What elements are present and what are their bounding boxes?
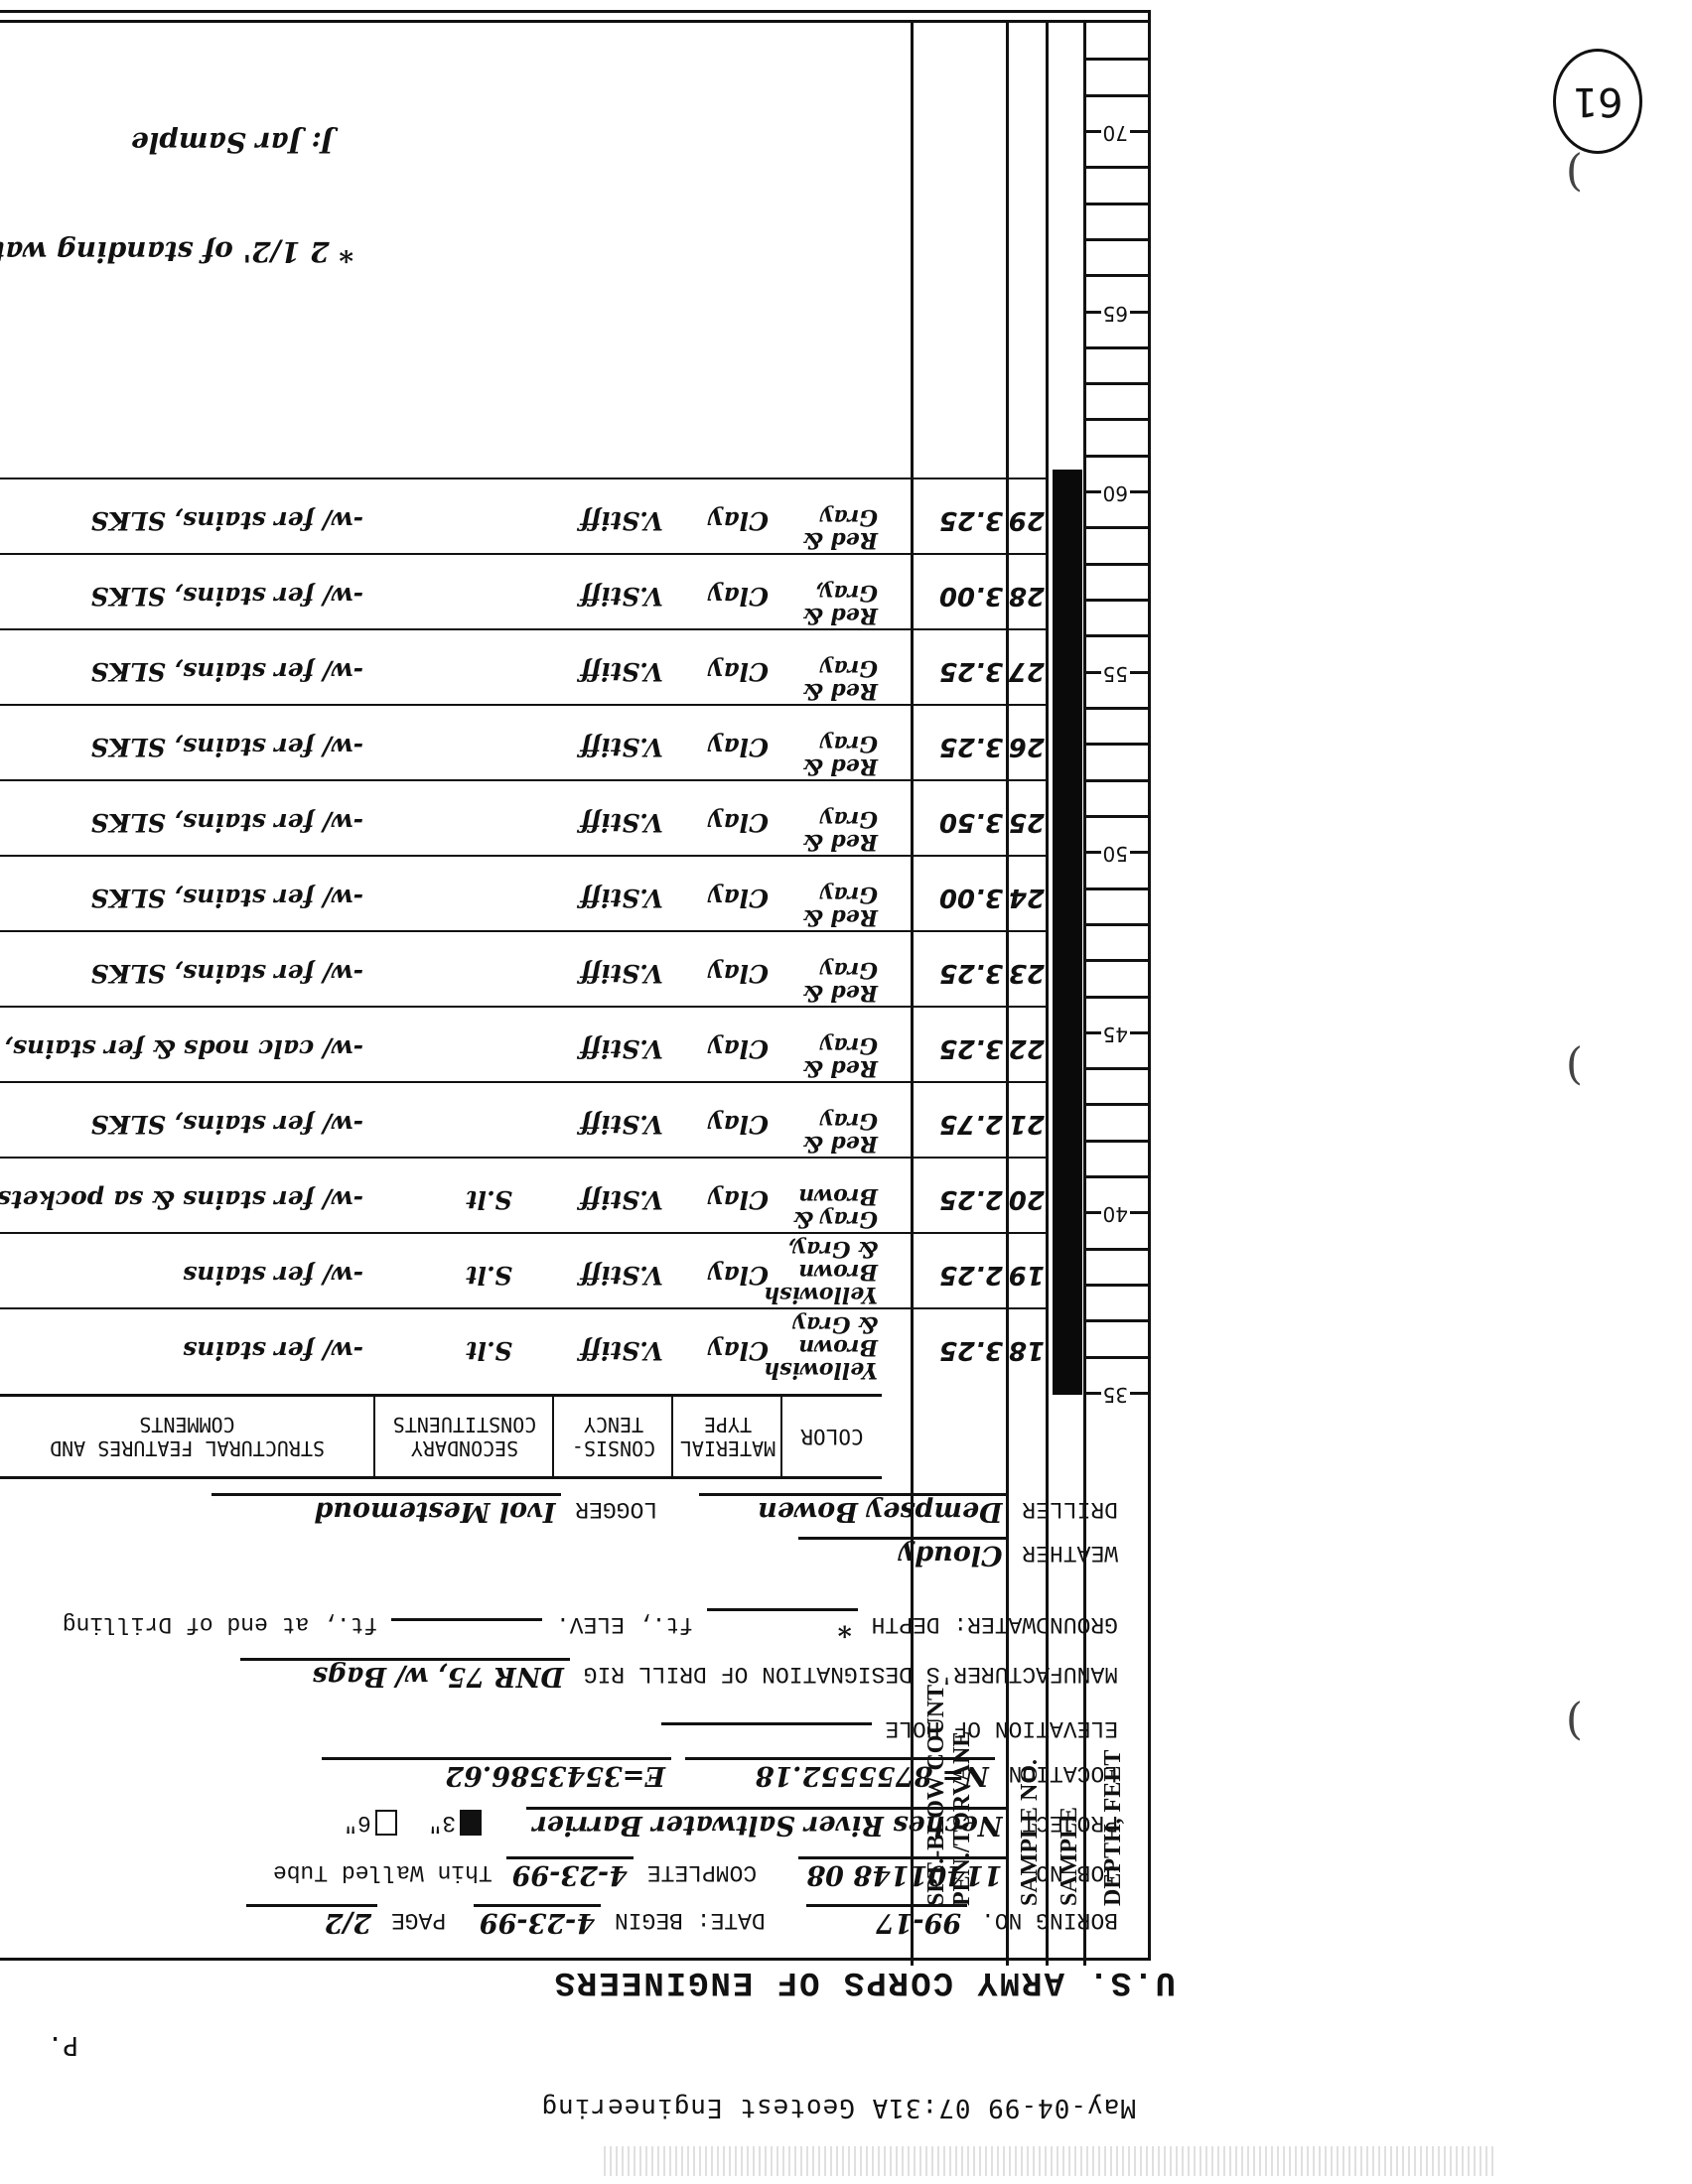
location-east: E=3543586.62 — [322, 1757, 671, 1791]
circled-page-number: 61 — [1553, 49, 1642, 154]
header-depth-feet: DEPTH, FEET — [1100, 1750, 1127, 1906]
color: Red & Gray, — [782, 581, 878, 626]
col-material-type: MATERIAL TYPE — [671, 1397, 782, 1476]
structural-comment: -w/ fer stains — [183, 1336, 363, 1365]
sample-row: 183.25Yellowish Brown & GrayClayV.StiffS… — [0, 1307, 1049, 1385]
groundwater-elev-value — [391, 1618, 542, 1621]
consistency: V.Stiff — [580, 506, 663, 535]
consistency: V.Stiff — [580, 582, 663, 611]
material-type: Clay — [709, 506, 769, 535]
sample-row: 223.25Red & GrayClayV.Stiff-w/ calc nods… — [0, 1006, 1049, 1083]
color: Red & Gray — [782, 505, 878, 551]
note-jar-sample: J: Jar Sample — [131, 126, 334, 159]
sample-row: 293.25Red & GrayClayV.Stiff-w/ fer stain… — [0, 478, 1049, 555]
structural-comment: -w/ fer stains, SLKS — [90, 808, 363, 837]
sample-row: 202.25Gray & BrownClayV.StiffS.lt-w/ fer… — [0, 1157, 1049, 1234]
structural-comment: -w/ fer stains, SLKS — [90, 506, 363, 535]
consistency: V.Stiff — [580, 1336, 663, 1365]
pen-torvane: 3.25 — [939, 1033, 1003, 1063]
sample-row: 263.25Red & GrayClayV.Stiff-w/ fer stain… — [0, 704, 1049, 781]
groundwater-depth: * — [707, 1608, 858, 1642]
structural-comment: -w/ fer stains, SLKS — [90, 884, 363, 912]
material-type: Clay — [709, 808, 769, 837]
margin-mark: ) — [1566, 1041, 1583, 1092]
color: Red & Gray — [782, 656, 878, 702]
pen-torvane: 3.50 — [939, 807, 1003, 837]
note-standing-water: * 2 1/2' of standing water — [0, 235, 353, 268]
depth-tick — [1086, 1248, 1148, 1251]
depth-label: 70 — [1101, 121, 1130, 145]
consistency: V.Stiff — [580, 808, 663, 837]
depth-label: 65 — [1101, 302, 1130, 326]
structural-comment: -w/ calc nods & fer stains, SLKS — [0, 1034, 363, 1063]
header-sample-no: SAMPLE NO. — [1017, 1759, 1044, 1906]
sample-row: 243.00Red & GrayClayV.Stiff-w/ fer stain… — [0, 855, 1049, 932]
date-complete-value: 4-23-99 — [506, 1856, 634, 1890]
material-type: Clay — [709, 1185, 769, 1214]
sample-row: 192.25Yellowish Brown & Gray,ClayV.Stiff… — [0, 1232, 1049, 1309]
depth-tick — [1086, 887, 1148, 890]
structural-comment: -w/ fer stains, SLKS — [90, 582, 363, 611]
depth-tick — [1086, 743, 1148, 746]
page-value: 2/2 — [246, 1904, 377, 1938]
date-begin-value: 4-23-99 — [474, 1904, 601, 1938]
depth-tick — [1086, 203, 1148, 205]
org-title: U.S. ARMY CORPS OF ENGINEERS — [553, 1963, 1176, 2000]
consistency: V.Stiff — [580, 1110, 663, 1139]
sample-no: 23 — [1009, 958, 1045, 988]
material-type: Clay — [709, 582, 769, 611]
depth-tick — [1086, 238, 1148, 241]
material-type: Clay — [709, 1336, 769, 1365]
fax-header: May-04-99 07:31A Geotest Engineering — [540, 2093, 1136, 2122]
header-pen-torvane: PEN./TORVANE — [949, 1731, 976, 1906]
depth-label: 40 — [1101, 1202, 1130, 1226]
header-spt-blow-count: SPT.-BLOW COUNT — [923, 1685, 950, 1906]
sample-no: 26 — [1009, 732, 1045, 761]
depth-tick — [1086, 599, 1148, 602]
elevation-value — [661, 1722, 872, 1725]
sample-no: 29 — [1009, 505, 1045, 535]
secondary-constituents: S.lt — [466, 1336, 512, 1365]
sample-row: 212.75Red & GrayClayV.Stiff-w/ fer stain… — [0, 1081, 1049, 1159]
col-consistency: CONSIS-TENCY — [552, 1397, 673, 1476]
pen-torvane: 3.25 — [939, 732, 1003, 761]
pen-torvane: 2.25 — [939, 1260, 1003, 1290]
color: Red & Gray — [782, 732, 878, 777]
consistency: V.Stiff — [580, 884, 663, 912]
sample-no: 28 — [1009, 581, 1045, 611]
depth-tick — [1086, 996, 1148, 999]
structural-comment: -w/ fer stains, SLKS — [90, 1110, 363, 1139]
pen-torvane: 3.25 — [939, 505, 1003, 535]
depth-tick — [1086, 382, 1148, 385]
color: Red & Gray — [782, 807, 878, 853]
structural-comment: -w/ fer stains, SLKS — [90, 959, 363, 988]
depth-tick — [1086, 418, 1148, 421]
col-secondary: SECONDARY CONSTITUENTS — [373, 1397, 554, 1476]
structural-comment: -w/ fer stains — [183, 1261, 363, 1290]
depth-label: 55 — [1101, 662, 1130, 686]
sample-interval-bar — [1053, 470, 1082, 1395]
color: Red & Gray — [782, 1109, 878, 1155]
groundwater-elev-label: ft., ELEV. — [556, 1611, 693, 1637]
structural-comment: -w/ fer stains, SLKS — [90, 657, 363, 686]
sample-no: 19 — [1009, 1260, 1045, 1290]
pen-torvane: 3.25 — [939, 656, 1003, 686]
material-type: Clay — [709, 884, 769, 912]
consistency: V.Stiff — [580, 733, 663, 761]
depth-tick — [1086, 94, 1148, 97]
depth-tick — [1086, 274, 1148, 277]
sample-no: 27 — [1009, 656, 1045, 686]
margin-mark: ) — [1566, 148, 1583, 199]
logger-value: Ivol Mestemoud — [212, 1493, 562, 1527]
depth-tick — [1086, 563, 1148, 566]
sample-row: 273.25Red & GrayClayV.Stiff-w/ fer stain… — [0, 628, 1049, 706]
sample-row: 233.25Red & GrayClayV.Stiff-w/ fer stain… — [0, 930, 1049, 1008]
column-header-row: COLOR MATERIAL TYPE CONSIS-TENCY SECONDA… — [0, 1394, 882, 1479]
consistency: V.Stiff — [580, 1185, 663, 1214]
depth-tick — [1086, 166, 1148, 169]
boring-log-page: May-04-99 07:31A Geotest Engineering P. … — [0, 0, 1692, 2184]
depth-label: 50 — [1101, 842, 1130, 866]
color: Red & Gray — [782, 1033, 878, 1079]
material-type: Clay — [709, 733, 769, 761]
header-sample: SAMPLE — [1057, 1807, 1083, 1906]
tube-6in-label: 6" — [344, 1810, 371, 1836]
pen-torvane: 2.25 — [939, 1184, 1003, 1214]
structural-comment: -w/ fer stains, SLKS — [90, 733, 363, 761]
color: Gray & Brown — [782, 1184, 878, 1230]
color: Red & Gray — [782, 883, 878, 928]
logger-label: LOGGER — [575, 1496, 657, 1522]
margin-mark: ) — [1566, 1697, 1583, 1747]
depth-tick — [1086, 346, 1148, 349]
scan-noise — [600, 2146, 1493, 2176]
depth-scale: 3540455055606570 — [1083, 25, 1148, 1395]
col-color: COLOR — [780, 1397, 882, 1476]
depth-tick — [1086, 1175, 1148, 1178]
consistency: V.Stiff — [580, 657, 663, 686]
color: Yellowish Brown & Gray — [782, 1312, 878, 1381]
sampler-type: Thin Walled Tube — [273, 1859, 493, 1885]
pen-torvane: 2.75 — [939, 1109, 1003, 1139]
consistency: V.Stiff — [580, 1261, 663, 1290]
sample-no: 20 — [1009, 1184, 1045, 1214]
depth-label: 35 — [1101, 1383, 1130, 1407]
groundwater-end-label: ft., at end of Drilling — [63, 1611, 377, 1637]
depth-tick — [1086, 1284, 1148, 1287]
pen-torvane: 3.25 — [939, 1335, 1003, 1365]
depth-tick — [1086, 815, 1148, 818]
depth-tick — [1086, 1140, 1148, 1143]
sample-no: 25 — [1009, 807, 1045, 837]
depth-tick — [1086, 526, 1148, 529]
date-begin-label: DATE: BEGIN — [615, 1907, 766, 1933]
depth-label: 60 — [1101, 481, 1130, 505]
page-label: PAGE — [391, 1907, 446, 1933]
pen-torvane: 3.25 — [939, 958, 1003, 988]
depth-tick — [1086, 1067, 1148, 1070]
consistency: V.Stiff — [580, 959, 663, 988]
material-type: Clay — [709, 959, 769, 988]
complete-label: COMPLETE — [647, 1859, 757, 1885]
secondary-constituents: S.lt — [466, 1185, 512, 1214]
structural-comment: -w/ fer stains & sa pockets — [0, 1185, 363, 1214]
depth-tick — [1086, 634, 1148, 637]
material-type: Clay — [709, 1034, 769, 1063]
pen-torvane: 3.00 — [939, 581, 1003, 611]
color: Red & Gray — [782, 958, 878, 1004]
depth-tick — [1086, 779, 1148, 782]
depth-tick — [1086, 1356, 1148, 1359]
depth-tick — [1086, 923, 1148, 926]
depth-tick — [1086, 58, 1148, 61]
material-type: Clay — [709, 657, 769, 686]
sample-row: 253.50Red & GrayClayV.Stiff-w/ fer stain… — [0, 779, 1049, 857]
sample-no: 24 — [1009, 883, 1045, 912]
depth-tick — [1086, 707, 1148, 710]
depth-label: 45 — [1101, 1023, 1130, 1046]
drill-rig-value: DNR 75, w/ Bags — [240, 1658, 570, 1692]
color: Yellowish Brown & Gray, — [782, 1237, 878, 1305]
log-table: WEATHER Cloudy DRILLER Dempsey Bowen LOG… — [0, 20, 1151, 1569]
material-type: Clay — [709, 1261, 769, 1290]
material-type: Clay — [709, 1110, 769, 1139]
pen-torvane: 3.00 — [939, 883, 1003, 912]
col-structural: STRUCTURAL FEATURES AND COMMENTS — [0, 1397, 375, 1476]
secondary-constituents: S.lt — [466, 1261, 512, 1290]
depth-tick — [1086, 959, 1148, 962]
tube-3in-checkbox[interactable] — [460, 1810, 482, 1836]
sample-rows: 3540455055606570183.25Yellowish Brown & … — [0, 25, 1148, 1395]
depth-tick — [1086, 455, 1148, 458]
consistency: V.Stiff — [580, 1034, 663, 1063]
tube-6in-checkbox[interactable] — [375, 1810, 397, 1836]
depth-tick — [1086, 1319, 1148, 1322]
sample-row: 283.00Red & Gray,ClayV.Stiff-w/ fer stai… — [0, 553, 1049, 630]
tube-3in-label: 3" — [428, 1810, 456, 1836]
fax-page-marker: P. — [48, 2030, 78, 2060]
sample-no: 21 — [1009, 1109, 1045, 1139]
sample-no: 18 — [1009, 1335, 1045, 1365]
depth-tick — [1086, 1103, 1148, 1106]
sample-no: 22 — [1009, 1033, 1045, 1063]
